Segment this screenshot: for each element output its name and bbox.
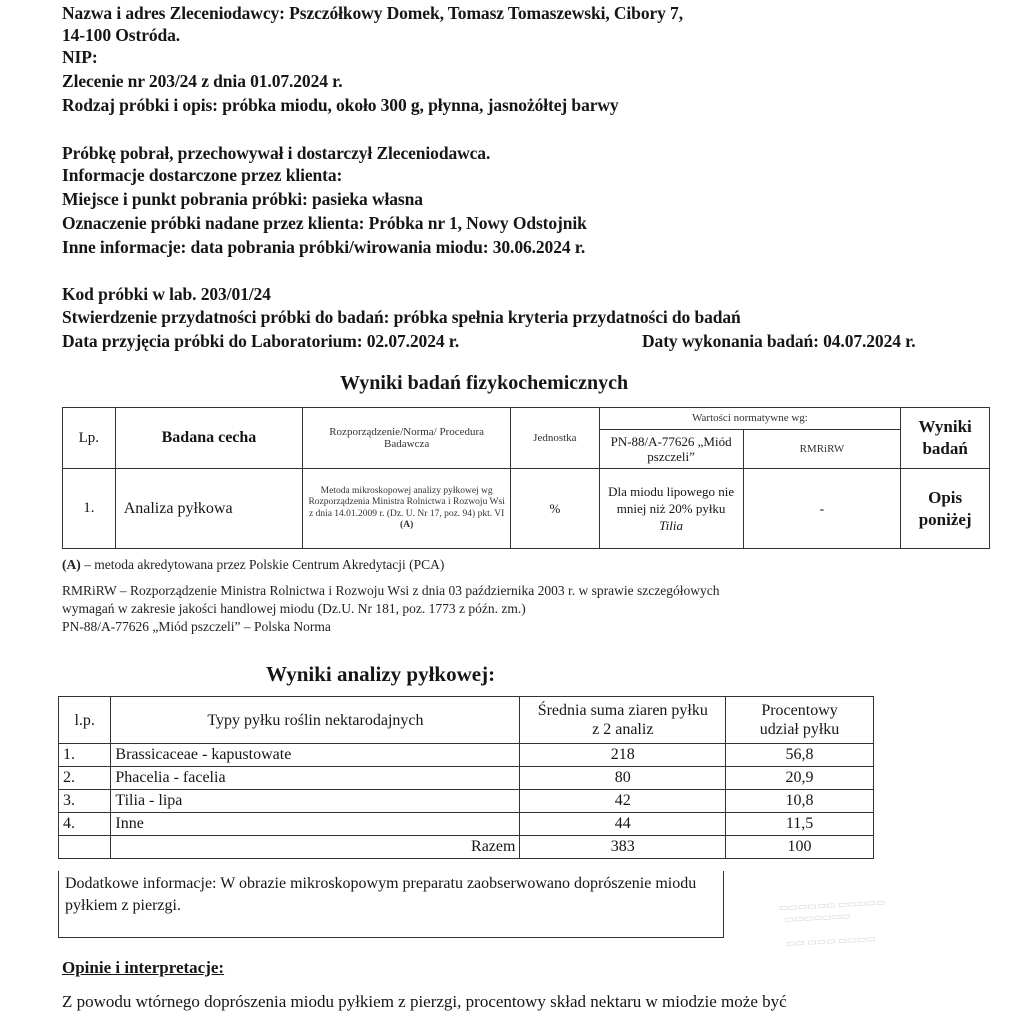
faded-stamp: ▭▭▭▭▭▭ ▭▭▭▭▭ ▭▭▭▭▭▭▭ ▭▭ ▭▭▭ ▭▭▭▭ [779, 897, 888, 951]
cell-type: Inne [111, 813, 520, 836]
accredited-mark: (A) [400, 520, 413, 530]
pollen-title: Wyniki analizy pyłkowej: [266, 662, 495, 687]
col-pn: PN-88/A-77626 „Miód pszczeli” [599, 430, 743, 469]
lab-sample-code: Kod próbki w lab. 203/01/24 [62, 283, 271, 305]
col-type: Typy pyłku roślin nektarodajnych [111, 697, 520, 744]
cell-result: Opis poniżej [901, 469, 990, 549]
col-procedure: Rozporządzenie/Norma/ Procedura Badawcza [303, 408, 511, 469]
cell-pct: 20,9 [726, 767, 874, 790]
client-postal-city: 14-100 Ostróda. [62, 24, 180, 46]
cell-total-pct: 100 [726, 836, 874, 859]
opinions-text: Z powodu wtórnego doprószenia miodu pyłk… [62, 992, 787, 1012]
cell-pn-value: Dla miodu lipowego nie mniej niż 20% pył… [599, 469, 743, 549]
additional-info-box: Dodatkowe informacje: W obrazie mikrosko… [58, 871, 724, 938]
cell-avg: 44 [520, 813, 726, 836]
client-info-label: Informacje dostarczone przez klienta: [62, 164, 342, 186]
sampling-place: Miejsce i punkt pobrania próbki: pasieka… [62, 188, 423, 210]
other-info: Inne informacje: data pobrania próbki/wi… [62, 236, 585, 258]
cell-pct: 10,8 [726, 790, 874, 813]
table-total-row: Razem 383 100 [59, 836, 874, 859]
note-rmrirw-2: wymagań w zakresie jakości handlowej mio… [62, 601, 526, 617]
col-unit: Jednostka [511, 408, 600, 469]
lab-report-page: Nazwa i adres Zleceniodawcy: Pszczółkowy… [0, 0, 1024, 1024]
col-feature: Badana cecha [115, 408, 303, 469]
note-pn: PN-88/A-77626 „Miód pszczeli” – Polska N… [62, 619, 331, 635]
col-pct: Procentowy udział pyłku [726, 697, 874, 744]
cell-pct: 56,8 [726, 744, 874, 767]
note-rmrirw-1: RMRiRW – Rozporządzenie Ministra Rolnict… [62, 583, 719, 599]
cell-total-label: Razem [111, 836, 520, 859]
note-a-mark: (A) [62, 557, 81, 572]
client-nip: NIP: [62, 46, 98, 68]
cell-avg: 218 [520, 744, 726, 767]
client-name-address: Nazwa i adres Zleceniodawcy: Pszczółkowy… [62, 2, 683, 24]
cell-feature: Analiza pyłkowa [115, 469, 303, 549]
table-row: 4. Inne 44 11,5 [59, 813, 874, 836]
col-avg: Średnia suma ziaren pyłku z 2 analiz [520, 697, 726, 744]
table-row: 1. Brassicaceae - kapustowate 218 56,8 [59, 744, 874, 767]
cell-type: Tilia - lipa [111, 790, 520, 813]
cell-avg: 80 [520, 767, 726, 790]
cell-unit: % [511, 469, 600, 549]
physchem-results-table: Lp. Badana cecha Rozporządzenie/Norma/ P… [62, 407, 990, 549]
sample-suitability: Stwierdzenie przydatności próbki do bada… [62, 306, 741, 328]
col-normative: Wartości normatywne wg: [599, 408, 901, 430]
cell-empty [59, 836, 111, 859]
col-lp: l.p. [59, 697, 111, 744]
col-lp: Lp. [63, 408, 116, 469]
cell-pct: 11,5 [726, 813, 874, 836]
cell-total-avg: 383 [520, 836, 726, 859]
cell-avg: 42 [520, 790, 726, 813]
test-date: Daty wykonania badań: 04.07.2024 r. [642, 330, 915, 352]
table-row: 2. Phacelia - facelia 80 20,9 [59, 767, 874, 790]
cell-type: Phacelia - facelia [111, 767, 520, 790]
table-header-row: l.p. Typy pyłku roślin nektarodajnych Śr… [59, 697, 874, 744]
procedure-text: Metoda mikroskopowej analizy pyłkowej wg… [308, 486, 504, 519]
table-row: 1. Analiza pyłkowa Metoda mikroskopowej … [63, 469, 990, 549]
note-accreditation: (A) – metoda akredytowana przez Polskie … [62, 557, 444, 573]
cell-lp: 1. [59, 744, 111, 767]
cell-type: Brassicaceae - kapustowate [111, 744, 520, 767]
pn-value-text: Dla miodu lipowego nie mniej niż 20% pył… [608, 484, 734, 516]
received-date: Data przyjęcia próbki do Laboratorium: 0… [62, 330, 459, 352]
cell-procedure: Metoda mikroskopowej analizy pyłkowej wg… [303, 469, 511, 549]
pollen-results-table: l.p. Typy pyłku roślin nektarodajnych Śr… [58, 696, 874, 859]
opinions-heading: Opinie i interpretacje: [62, 958, 224, 978]
col-rmrirw: RMRiRW [743, 430, 901, 469]
order-number: Zlecenie nr 203/24 z dnia 01.07.2024 r. [62, 70, 342, 92]
physchem-title: Wyniki badań fizykochemicznych [340, 372, 628, 395]
cell-lp: 4. [59, 813, 111, 836]
cell-rmrirw-value: - [743, 469, 901, 549]
note-a-text: – metoda akredytowana przez Polskie Cent… [81, 557, 445, 572]
client-sample-label: Oznaczenie próbki nadane przez klienta: … [62, 212, 587, 234]
cell-lp: 1. [63, 469, 116, 549]
col-results: Wyniki badań [901, 408, 990, 469]
table-row: 3. Tilia - lipa 42 10,8 [59, 790, 874, 813]
sample-type: Rodzaj próbki i opis: próbka miodu, okoł… [62, 94, 619, 116]
cell-lp: 2. [59, 767, 111, 790]
pn-value-genus: Tilia [659, 518, 683, 533]
table-header-row: Lp. Badana cecha Rozporządzenie/Norma/ P… [63, 408, 990, 430]
cell-lp: 3. [59, 790, 111, 813]
sample-collected-by: Próbkę pobrał, przechowywał i dostarczył… [62, 142, 490, 164]
